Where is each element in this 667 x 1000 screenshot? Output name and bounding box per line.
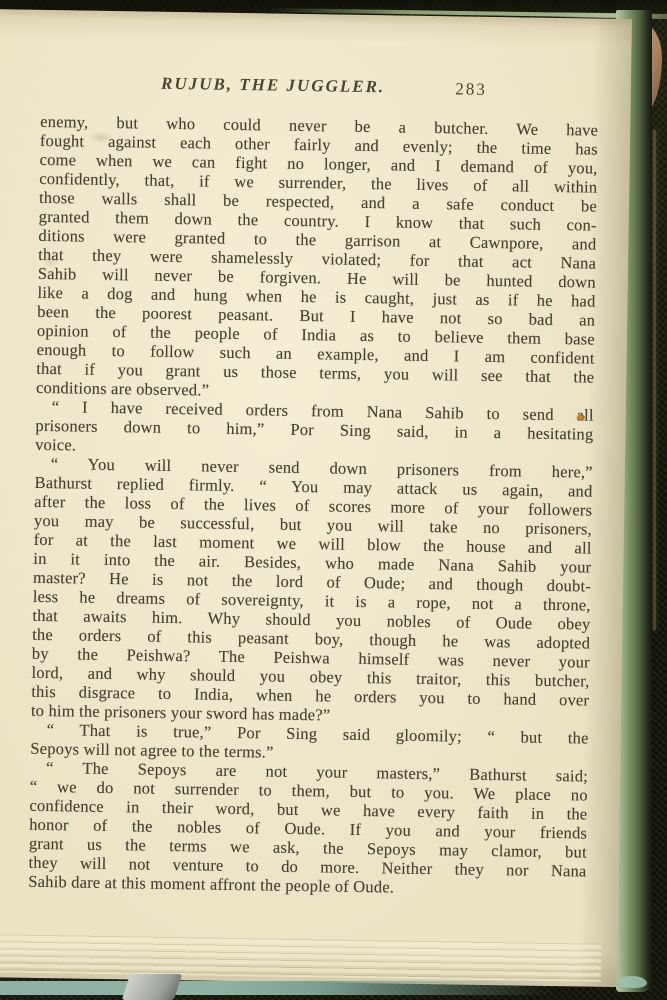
paragraph: “ The Sepoys are not your masters,” Bath…	[28, 758, 588, 900]
page-stack-edges	[0, 932, 601, 982]
cover-bottom-edge	[0, 981, 575, 995]
page-text: enemy, but who could never be a butcher.…	[28, 112, 598, 900]
paragraph: enemy, but who could never be a butcher.…	[36, 112, 598, 406]
page-number: 283	[455, 79, 487, 99]
metal-clasp	[122, 974, 182, 1000]
book-page: RUJUB, THE JUGGLER. 283 enemy, but who c…	[0, 9, 632, 987]
page-smudge	[42, 256, 60, 268]
scanned-book-photo: RUJUB, THE JUGGLER. 283 enemy, but who c…	[0, 0, 667, 1000]
paragraph: “ I have received orders from Nana Sahib…	[35, 397, 594, 463]
running-header-title: RUJUB, THE JUGGLER.	[161, 74, 385, 98]
page-smudge	[88, 131, 114, 144]
ink-speck	[577, 414, 585, 420]
running-header: RUJUB, THE JUGGLER. 283	[41, 72, 575, 102]
paragraph: “ You will never send down prisoners fro…	[31, 454, 593, 729]
cover-cloth-streak	[653, 130, 656, 630]
